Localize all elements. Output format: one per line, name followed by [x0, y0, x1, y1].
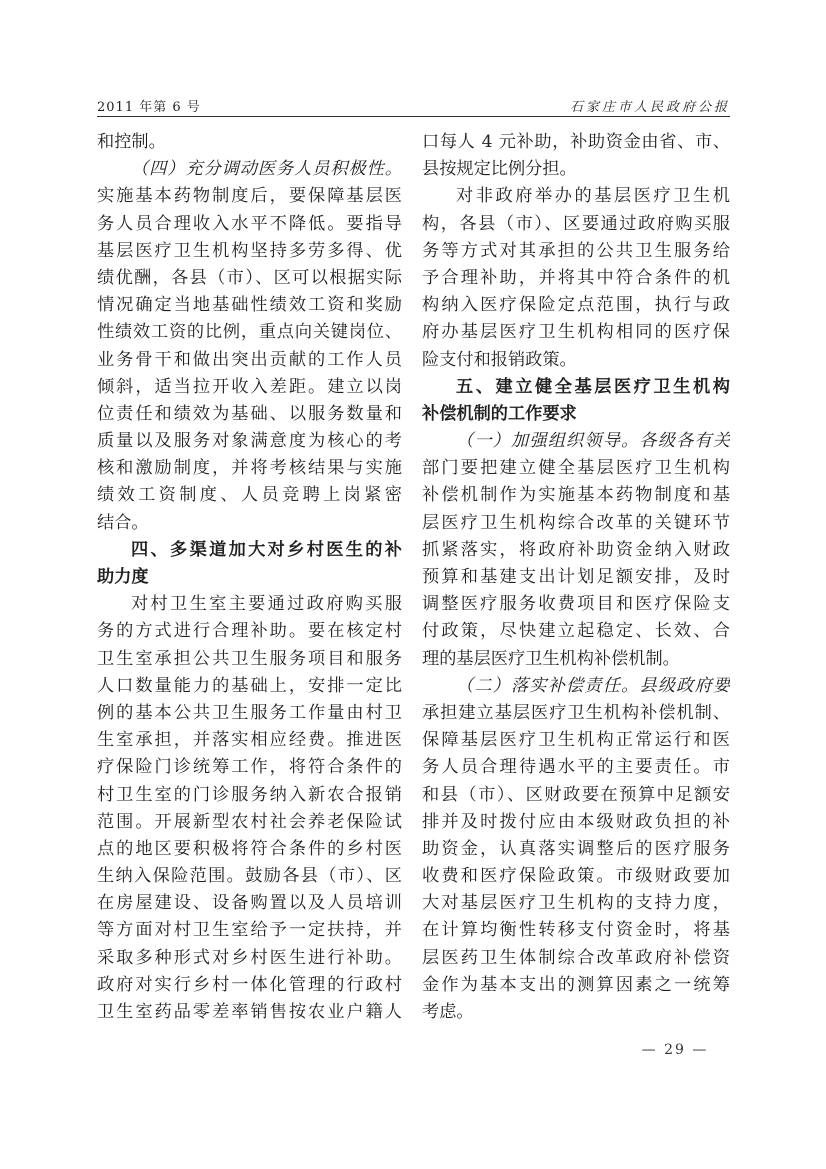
text-line: 倾斜，适当拉开收入差距。建立以岗 [97, 374, 402, 401]
text-line: 保障基层医疗卫生机构正常运行和医 [422, 727, 730, 754]
section-heading-line: 补偿机制的工作要求 [422, 401, 730, 428]
text-line: 生纳入保险范围。鼓励各县（市）、区 [97, 863, 402, 890]
text-line: 付政策，尽快建立起稳定、长效、合 [422, 618, 730, 645]
text-line: 补偿机制作为实施基本药物制度和基 [422, 482, 730, 509]
text-line: 务人员合理待遇水平的主要责任。市 [422, 754, 730, 781]
text-line: 在计算均衡性转移支付资金时，将基 [422, 917, 730, 944]
text-line: 政府对实行乡村一体化管理的行政村 [97, 972, 402, 999]
text-line: 助资金，认真落实调整后的医疗服务 [422, 836, 730, 863]
text-line: 情况确定当地基础性绩效工资和奖励 [97, 292, 402, 319]
text-line: 疗保险门诊统筹工作，将符合条件的 [97, 754, 402, 781]
text-line: （一）加强组织领导。各级各有关 [422, 428, 730, 455]
text-line: （二）落实补偿责任。县级政府要 [422, 673, 730, 700]
text-line: 结合。 [97, 510, 402, 537]
text-line: 予合理补助，并将其中符合条件的机 [422, 265, 730, 292]
text-line: 口每人 4 元补助，补助资金由省、市、 [422, 129, 730, 156]
text-line: 构纳入医疗保险定点范围，执行与政 [422, 292, 730, 319]
text-line: （四）充分调动医务人员积极性。 [97, 156, 402, 183]
text-line: 核和激励制度，并将考核结果与实施 [97, 455, 402, 482]
text-line: 范围。开展新型农村社会养老保险试 [97, 809, 402, 836]
text-line: 绩效工资制度、人员竞聘上岗紧密 [97, 482, 402, 509]
text-line: 府办基层医疗卫生机构相同的医疗保 [422, 319, 730, 346]
text-line: 等方面对村卫生室给予一定扶持，并 [97, 917, 402, 944]
text-line: 人口数量能力的基础上，安排一定比 [97, 673, 402, 700]
text-line: 县按规定比例分担。 [422, 156, 730, 183]
header-rule [97, 116, 730, 117]
text-line: 务的方式进行合理补助。要在核定村 [97, 618, 402, 645]
text-line: 性绩效工资的比例，重点向关键岗位、 [97, 319, 402, 346]
text-line: 部门要把建立健全基层医疗卫生机构 [422, 455, 730, 482]
text-line: 基层医疗卫生机构坚持多劳多得、优 [97, 238, 402, 265]
text-line: 绩优酬，各县（市）、区可以根据实际 [97, 265, 402, 292]
text-line: 采取多种形式对乡村医生进行补助。 [97, 945, 402, 972]
text-line: 承担建立基层医疗卫生机构补偿机制、 [422, 700, 730, 727]
section-heading-line: 五、建立健全基层医疗卫生机构 [422, 374, 730, 401]
left-column: 和控制。（四）充分调动医务人员积极性。实施基本药物制度后，要保障基层医务人员合理… [97, 129, 402, 1026]
text-line: 业务骨干和做出突出贡献的工作人员 [97, 347, 402, 374]
text-line: 对非政府举办的基层医疗卫生机 [422, 183, 730, 210]
text-line: 村卫生室的门诊服务纳入新农合报销 [97, 782, 402, 809]
text-line: 务人员合理收入水平不降低。要指导 [97, 211, 402, 238]
text-line: 和控制。 [97, 129, 402, 156]
text-line: 务等方式对其承担的公共卫生服务给 [422, 238, 730, 265]
section-heading-line: 四、多渠道加大对乡村医生的补 [97, 537, 402, 564]
text-line: 层医药卫生体制综合改革政府补偿资 [422, 945, 730, 972]
text-line: 实施基本药物制度后，要保障基层医 [97, 183, 402, 210]
text-line: 收费和医疗保险政策。市级财政要加 [422, 863, 730, 890]
text-line: 卫生室承担公共卫生服务项目和服务 [97, 646, 402, 673]
text-line: 位责任和绩效为基础、以服务数量和 [97, 401, 402, 428]
page-number: — 29 — [620, 1042, 730, 1058]
page-header: 2011 年第 6 号 石家庄市人民政府公报 [97, 96, 730, 116]
text-line: 生室承担，并落实相应经费。推进医 [97, 727, 402, 754]
text-line: 在房屋建设、设备购置以及人员培训 [97, 890, 402, 917]
issue-label: 2011 年第 6 号 [97, 96, 201, 115]
text-line: 考虑。 [422, 999, 730, 1026]
text-line: 金作为基本支出的测算因素之一统筹 [422, 972, 730, 999]
text-line: 抓紧落实，将政府补助资金纳入财政 [422, 537, 730, 564]
text-line: 险支付和报销政策。 [422, 347, 730, 374]
text-line: 卫生室药品零差率销售按农业户籍人 [97, 999, 402, 1026]
text-line: 大对基层医疗卫生机构的支持力度， [422, 890, 730, 917]
text-line: 和县（市）、区财政要在预算中足额安 [422, 782, 730, 809]
section-heading-line: 助力度 [97, 564, 402, 591]
text-line: 预算和基建支出计划足额安排，及时 [422, 564, 730, 591]
text-line: 层医疗卫生机构综合改革的关键环节 [422, 510, 730, 537]
right-column: 口每人 4 元补助，补助资金由省、市、县按规定比例分担。对非政府举办的基层医疗卫… [422, 129, 730, 1026]
text-line: 点的地区要积极将符合条件的乡村医 [97, 836, 402, 863]
text-line: 调整医疗服务收费项目和医疗保险支 [422, 591, 730, 618]
journal-title: 石家庄市人民政府公报 [570, 96, 730, 115]
text-line: 排并及时拨付应由本级财政负担的补 [422, 809, 730, 836]
text-line: 理的基层医疗卫生机构补偿机制。 [422, 646, 730, 673]
text-line: 例的基本公共卫生服务工作量由村卫 [97, 700, 402, 727]
text-line: 构，各县（市）、区要通过政府购买服 [422, 211, 730, 238]
text-line: 质量以及服务对象满意度为核心的考 [97, 428, 402, 455]
text-line: 对村卫生室主要通过政府购买服 [97, 591, 402, 618]
